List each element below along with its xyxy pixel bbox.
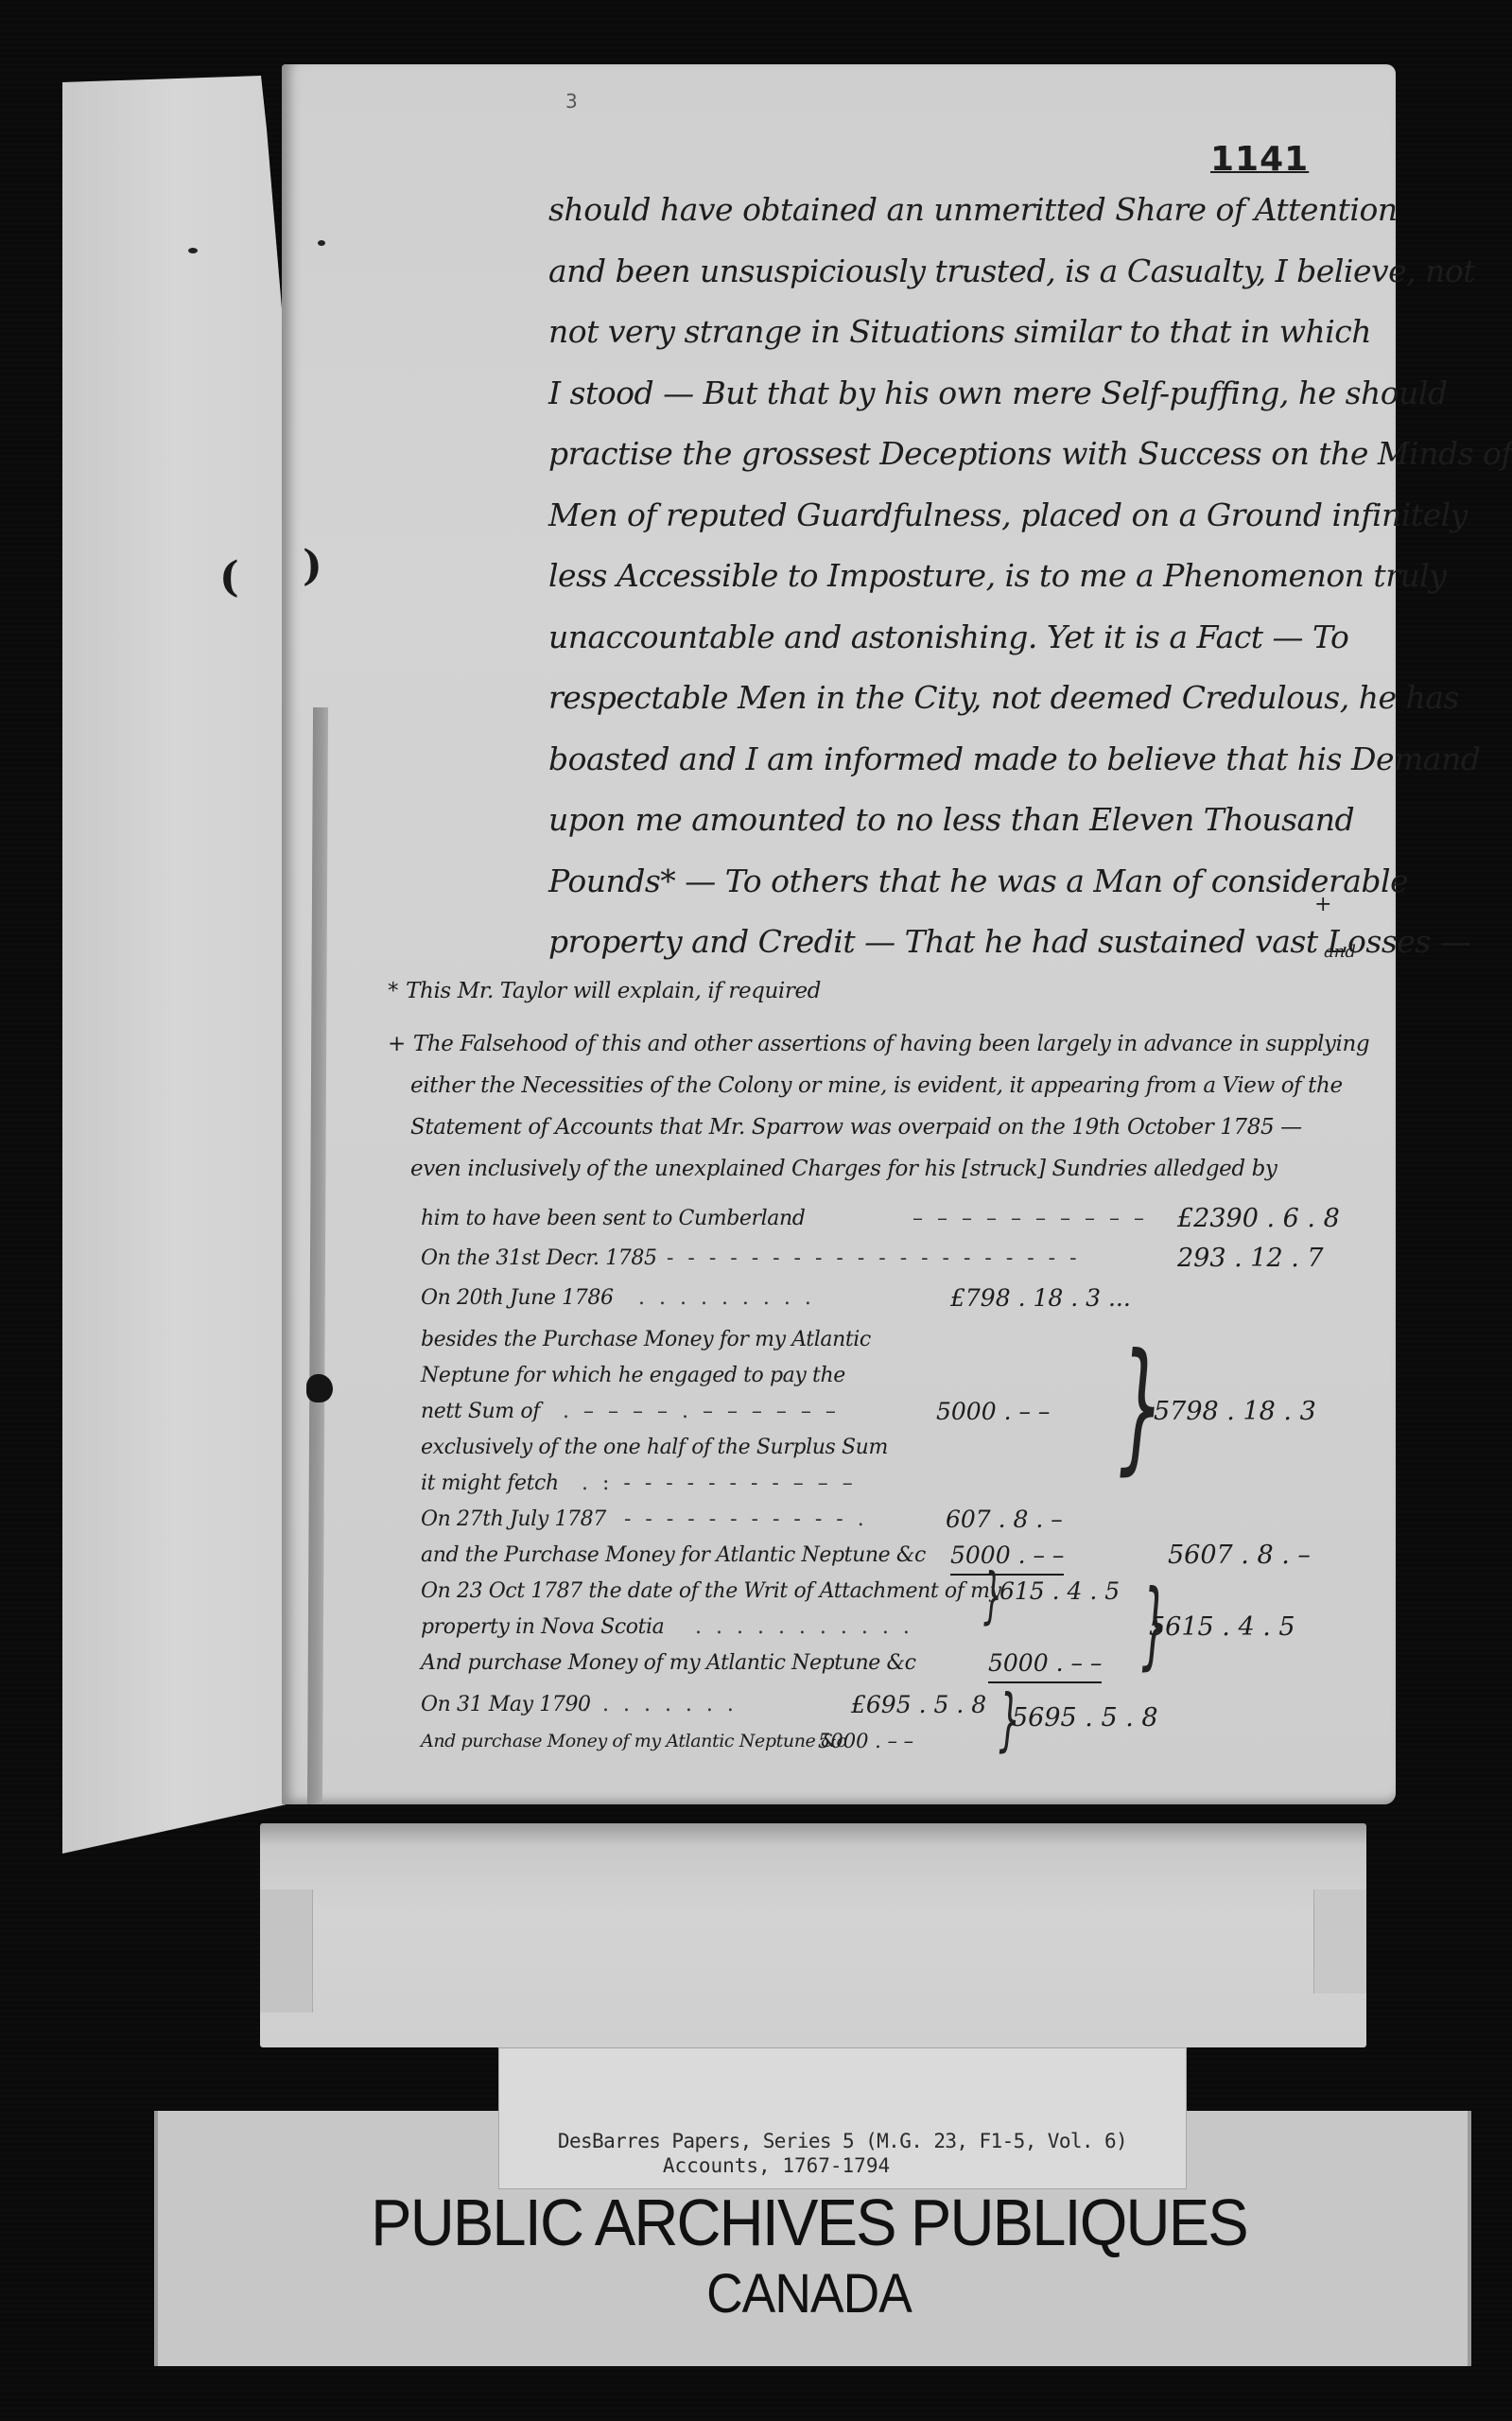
- ledger-total: £2390 . 6 . 8: [1177, 1201, 1340, 1237]
- ledger-row: On 20th June 1786 . . . . . . . . . £798…: [421, 1280, 1366, 1316]
- collection-subtitle: Accounts, 1767-1794: [499, 2154, 1186, 2177]
- ledger-amount: 5000 . – –: [936, 1394, 1050, 1430]
- ledger-amount: 615 . 4 . 5: [999, 1574, 1120, 1610]
- ledger-total: 293 . 12 . 7: [1177, 1241, 1324, 1277]
- footnote-plus-mark: +: [1314, 893, 1331, 916]
- ledger-desc: And purchase Money of my Atlantic Neptun…: [421, 1646, 916, 1681]
- footnote-text: Statement of Accounts that Mr. Sparrow w…: [388, 1106, 1390, 1148]
- body-line: not very strange in Situations similar t…: [548, 302, 1381, 363]
- ledger-desc: besides the Purchase Money for my Atlant…: [421, 1322, 871, 1358]
- account-ledger: him to have been sent to Cumberland – – …: [421, 1201, 1366, 1759]
- leader-dots: – – – – – – – – – –: [912, 1201, 1148, 1237]
- ledger-total: 5615 . 4 . 5: [1149, 1610, 1295, 1646]
- leader-dots: . . . . . . . . . . .: [695, 1610, 913, 1646]
- body-line: and been unsuspiciously trusted, is a Ca…: [548, 241, 1381, 303]
- folded-envelope: [260, 1823, 1366, 2047]
- body-line: boasted and I am informed made to believ…: [548, 729, 1381, 791]
- ledger-desc: and the Purchase Money for Atlantic Nept…: [421, 1538, 926, 1574]
- envelope-flap-right: [1313, 1890, 1366, 1994]
- ledger-row: nett Sum of . – – – – . – – – – – – 5000…: [421, 1394, 1366, 1430]
- ledger-total: 5607 . 8 . –: [1168, 1538, 1311, 1574]
- leader-dots: - - - - - - - - - - - - - - - - - - - -: [667, 1241, 1081, 1277]
- body-line: upon me amounted to no less than Eleven …: [548, 790, 1381, 851]
- binding-thread: [307, 707, 328, 1804]
- plus-mark: +: [388, 1032, 406, 1056]
- ledger-desc: it might fetch: [421, 1466, 559, 1502]
- leader-dots: . – – – – . – – – – – –: [563, 1394, 840, 1430]
- ledger-amount: £798 . 18 . 3 ...: [950, 1280, 1131, 1316]
- ledger-total: 5798 . 18 . 3: [1154, 1394, 1316, 1430]
- ledger-desc: Neptune for which he engaged to pay the: [421, 1358, 845, 1394]
- asterisk-mark: *: [388, 979, 398, 1003]
- ledger-desc: nett Sum of: [421, 1394, 540, 1430]
- leader-dots: . . . . . . . . .: [638, 1280, 815, 1316]
- ledger-amount: 5000 . – –: [818, 1723, 913, 1759]
- body-line: should have obtained an unmeritted Share…: [548, 180, 1381, 241]
- ledger-desc: On 20th June 1786: [421, 1280, 614, 1316]
- ledger-desc: property in Nova Scotia: [421, 1610, 664, 1646]
- leader-dots: - - - - - - - - - - - .: [624, 1502, 868, 1538]
- footnote-text: either the Necessities of the Colony or …: [388, 1065, 1390, 1106]
- footnote-asterisk: *This Mr. Taylor will explain, if requir…: [388, 970, 1390, 1012]
- ledger-row: And purchase Money of my Atlantic Neptun…: [421, 1723, 1366, 1759]
- binding-hole-right-icon: ): [303, 542, 322, 590]
- ledger-row: On 27th July 1787 - - - - - - - - - - - …: [421, 1502, 1366, 1538]
- ledger-amount: 607 . 8 . –: [946, 1502, 1063, 1538]
- binding-pinhole: [188, 248, 198, 253]
- footnote-plus: +The Falsehood of this and other asserti…: [388, 1023, 1390, 1065]
- binding-knot: [306, 1374, 333, 1402]
- footnotes: *This Mr. Taylor will explain, if requir…: [388, 970, 1390, 1190]
- envelope-flap-left: [260, 1890, 313, 2012]
- archive-country: CANADA: [206, 2262, 1411, 2325]
- ledger-desc: And purchase Money of my Atlantic Neptun…: [421, 1723, 846, 1759]
- ledger-amount: 5000 . – –: [988, 1646, 1102, 1683]
- body-line: Pounds* — To others that he was a Man of…: [548, 851, 1381, 913]
- ledger-row: On 23 Oct 1787 the date of the Writ of A…: [421, 1574, 1366, 1610]
- folio-number: 1141: [1210, 140, 1309, 179]
- ledger-row: exclusively of the one half of the Surpl…: [421, 1430, 1366, 1466]
- binding-hole-left-icon: (: [219, 553, 239, 601]
- ledger-desc: exclusively of the one half of the Surpl…: [421, 1430, 888, 1466]
- ledger-row: On 31 May 1790 . . . . . . . . £695 . 5 …: [421, 1687, 1366, 1723]
- body-line: respectable Men in the City, not deemed …: [548, 668, 1381, 729]
- ledger-amount: 5000 . – –: [950, 1538, 1064, 1576]
- ledger-row: On the 31st Decr. 1785 - - - - - - - - -…: [421, 1241, 1366, 1277]
- ledger-row: and the Purchase Money for Atlantic Nept…: [421, 1538, 1366, 1574]
- leader-dots: . : - - - - - - - - – – –: [582, 1466, 857, 1502]
- binding-pinhole: [318, 240, 325, 246]
- ledger-row: it might fetch . : - - - - - - - - – – –: [421, 1466, 1366, 1502]
- leader-dots: . . . . . . . .: [582, 1687, 738, 1723]
- footnote-text: This Mr. Taylor will explain, if require…: [406, 979, 821, 1003]
- ledger-row: property in Nova Scotia . . . . . . . . …: [421, 1610, 1366, 1646]
- body-line: less Accessible to Imposture, is to me a…: [548, 546, 1381, 607]
- body-line: property and Credit — That he had sustai…: [548, 912, 1381, 973]
- pencil-page-number: 3: [565, 90, 578, 113]
- body-line: I stood — But that by his own mere Self-…: [548, 363, 1381, 425]
- ledger-desc: On the 31st Decr. 1785: [421, 1241, 657, 1277]
- ledger-row: him to have been sent to Cumberland – – …: [421, 1201, 1366, 1237]
- body-line: Men of reputed Guardfulness, placed on a…: [548, 485, 1381, 547]
- letter-body: should have obtained an unmeritted Share…: [548, 180, 1381, 973]
- ledger-desc: On 23 Oct 1787 the date of the Writ of A…: [421, 1574, 1001, 1610]
- ledger-desc: On 27th July 1787: [421, 1502, 606, 1538]
- ledger-amount: £695 . 5 . 8: [851, 1687, 986, 1723]
- footnote-text: even inclusively of the unexplained Char…: [388, 1148, 1390, 1190]
- ledger-row: And purchase Money of my Atlantic Neptun…: [421, 1646, 1366, 1681]
- ledger-desc: him to have been sent to Cumberland: [421, 1201, 805, 1237]
- collection-reference: DesBarres Papers, Series 5 (M.G. 23, F1-…: [499, 2130, 1186, 2152]
- catchword: and: [1324, 942, 1356, 962]
- ledger-row: Neptune for which he engaged to pay the: [421, 1358, 1366, 1394]
- body-line: practise the grossest Deceptions with Su…: [548, 424, 1381, 485]
- footnote-text: The Falsehood of this and other assertio…: [413, 1032, 1369, 1056]
- archive-title: PUBLIC ARCHIVES PUBLIQUES: [200, 2185, 1417, 2260]
- ledger-desc: On 31 May 1790: [421, 1687, 591, 1723]
- ledger-row: besides the Purchase Money for my Atlant…: [421, 1322, 1366, 1358]
- body-line: unaccountable and astonishing. Yet it is…: [548, 607, 1381, 669]
- collection-label: DesBarres Papers, Series 5 (M.G. 23, F1-…: [498, 2047, 1187, 2189]
